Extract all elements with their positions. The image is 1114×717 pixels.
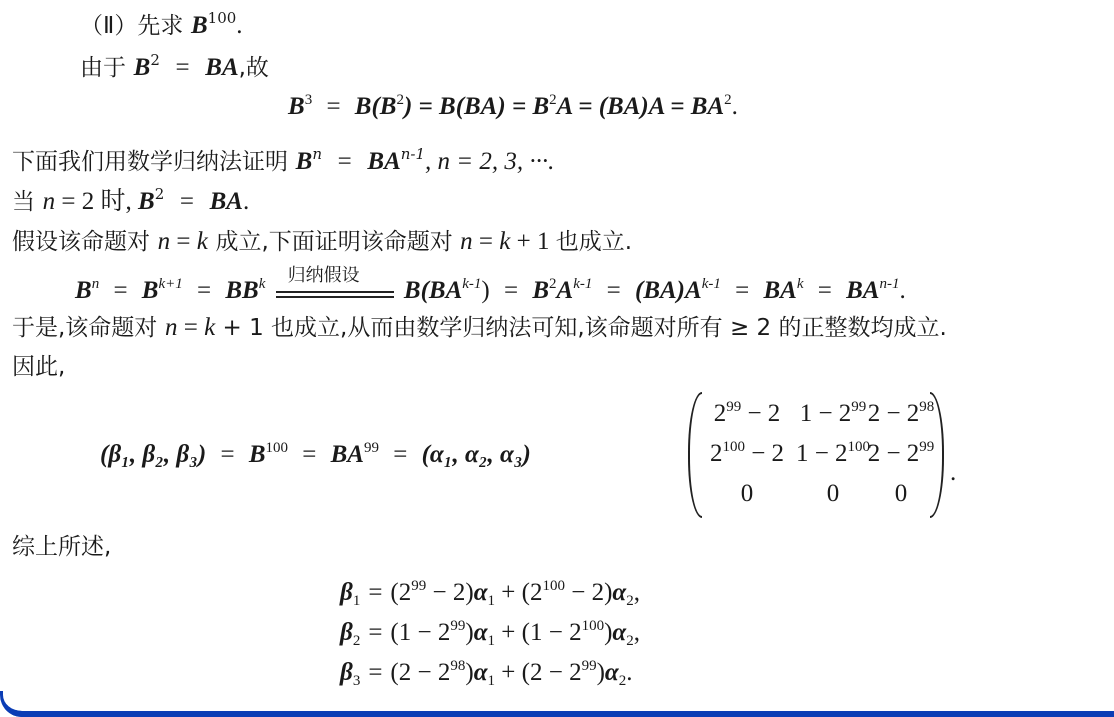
math: A — [557, 277, 574, 304]
text: + 1 — [510, 228, 555, 255]
text: 假设该命题对 — [12, 229, 150, 255]
alpha-tuple: (α₁, α₂, α₃) — [422, 441, 531, 468]
period: . — [899, 277, 905, 304]
period: . — [236, 12, 242, 39]
period: . — [732, 93, 738, 120]
text: 成立,下面证明该命题对 — [216, 229, 461, 255]
equals: = — [172, 188, 202, 215]
matrix-cell-1-3: 2 − 298 — [856, 400, 946, 428]
math: BA — [691, 93, 724, 120]
left-paren — [688, 392, 702, 518]
math-b: B — [138, 188, 155, 215]
period: . — [950, 458, 956, 488]
exponent: n — [92, 276, 100, 292]
math: BA — [846, 277, 879, 304]
math: B( — [355, 93, 380, 120]
section-label: （Ⅱ）先求 — [80, 13, 183, 39]
math-var: n — [460, 228, 473, 255]
matrix-cell-3-1: 0 — [702, 480, 792, 508]
exponent: 3 — [305, 92, 313, 108]
exponent: n — [312, 145, 322, 163]
exponent: 99 — [364, 440, 379, 456]
math: B — [380, 93, 397, 120]
equals: = — [170, 228, 197, 255]
text: 当 — [12, 189, 35, 215]
exponent: 100 — [266, 440, 289, 456]
exponent: 2 — [155, 185, 165, 203]
exponent: k — [259, 276, 266, 292]
math: A = (BA)A = — [557, 93, 685, 120]
therefore-label: 因此, — [12, 352, 65, 382]
result-beta-3: β3=(2 − 298)α1 + (2 − 299)α2. — [340, 658, 633, 688]
matrix-cell-3-3: 0 — [856, 480, 946, 508]
result-beta-1: β1=(299 − 2)α1 + (2100 − 2)α2, — [340, 578, 640, 608]
exponent: 2 — [549, 276, 557, 292]
matrix-cell-1-1: 299 − 2 — [702, 400, 792, 428]
text: + 1 也成立,从而由数学归纳法可知,该命题对所有 ≥ 2 的正整数均成立. — [215, 315, 947, 341]
matrix-cell-2-3: 2 − 299 — [856, 440, 946, 468]
equals: = — [177, 314, 204, 341]
math-var: k — [204, 314, 215, 341]
exponent: 2 — [549, 92, 557, 108]
math: B — [532, 93, 549, 120]
math-var: k — [499, 228, 510, 255]
hypothesis: 假设该命题对 n = k 成立,下面证明该命题对 n = k + 1 也成立. — [12, 226, 632, 257]
period: . — [243, 188, 249, 215]
exponent: k+1 — [158, 276, 182, 292]
math: B — [288, 93, 305, 120]
induction-intro: 下面我们用数学归纳法证明 Bn = BAn-1, n = 2, 3, ···. — [12, 146, 554, 177]
text: 由于 — [80, 55, 126, 81]
math-var: n — [165, 314, 178, 341]
math: B — [532, 277, 549, 304]
b-cubed-derivation: B3 = B(B2) = B(BA) = B2A = (BA)A = BA2. — [288, 92, 738, 122]
premise-line: 由于 B2 = BA,故 — [80, 52, 269, 83]
math: B — [142, 277, 159, 304]
math-ba: BA — [367, 148, 400, 175]
section-heading: （Ⅱ）先求 B100. — [80, 10, 243, 41]
exponent: 100 — [208, 9, 237, 27]
exponent: 2 — [396, 92, 404, 108]
math-b: B — [134, 54, 151, 81]
math: B(BA — [404, 277, 462, 304]
matrix-cell-2-1: 2100 − 2 — [702, 440, 792, 468]
math: BB — [225, 277, 258, 304]
math-ba: BA — [210, 188, 243, 215]
beta-tuple: (β₁, β₂, β₃) — [100, 441, 206, 468]
result-beta-2: β2=(1 − 299)α1 + (1 − 2100)α2, — [340, 618, 640, 648]
induction-step: Bn = Bk+1 = BBk 归纳假设 B(BAk-1) = B2Ak-1 =… — [75, 276, 906, 306]
equals: = — [168, 54, 198, 81]
over-label: 归纳假设 — [288, 261, 360, 291]
matrix-equation: (β₁, β₂, β₃) = B100 = BA99 = (α₁, α₂, α₃… — [100, 440, 531, 470]
text: = 2 时, — [55, 188, 138, 215]
base-case: 当 n = 2 时, B2 = BA. — [12, 186, 249, 217]
math: BA — [763, 277, 796, 304]
math: BA — [331, 441, 364, 468]
equals: = — [473, 228, 500, 255]
exponent: 2 — [724, 92, 732, 108]
math: B — [75, 277, 92, 304]
math: B — [249, 441, 266, 468]
summary-label: 综上所述, — [12, 532, 111, 562]
text: ,故 — [239, 55, 269, 81]
equals: = — [330, 148, 360, 175]
conclusion: 于是,该命题对 n = k + 1 也成立,从而由数学归纳法可知,该命题对所有 … — [12, 312, 947, 343]
induction-hypothesis-arrow: 归纳假设 — [276, 287, 394, 298]
math: ) — [481, 277, 489, 304]
exponent: k-1 — [702, 276, 721, 292]
exponent: 2 — [150, 51, 160, 69]
math-ba: BA — [205, 54, 238, 81]
exponent: k-1 — [573, 276, 592, 292]
math-b: B — [296, 148, 313, 175]
exponent: k — [797, 276, 804, 292]
page-border-corner — [0, 691, 26, 717]
exponent: k-1 — [462, 276, 481, 292]
text: 下面我们用数学归纳法证明 — [12, 149, 288, 175]
equals: = — [318, 93, 348, 120]
math-b: B — [191, 12, 208, 39]
range-text: , n = 2, 3, ···. — [425, 148, 554, 175]
math-var: n — [158, 228, 171, 255]
exponent: n-1 — [879, 276, 899, 292]
math: (BA)A — [635, 277, 702, 304]
coefficient-matrix: 299 − 2 1 − 299 2 − 298 2100 − 2 1 − 210… — [688, 392, 944, 518]
text: 于是,该命题对 — [12, 315, 157, 341]
math-var: n — [43, 188, 56, 215]
math: ) = B(BA) = — [404, 93, 526, 120]
text: 也成立. — [556, 229, 632, 255]
exponent: n-1 — [401, 145, 425, 163]
math-var: k — [197, 228, 208, 255]
